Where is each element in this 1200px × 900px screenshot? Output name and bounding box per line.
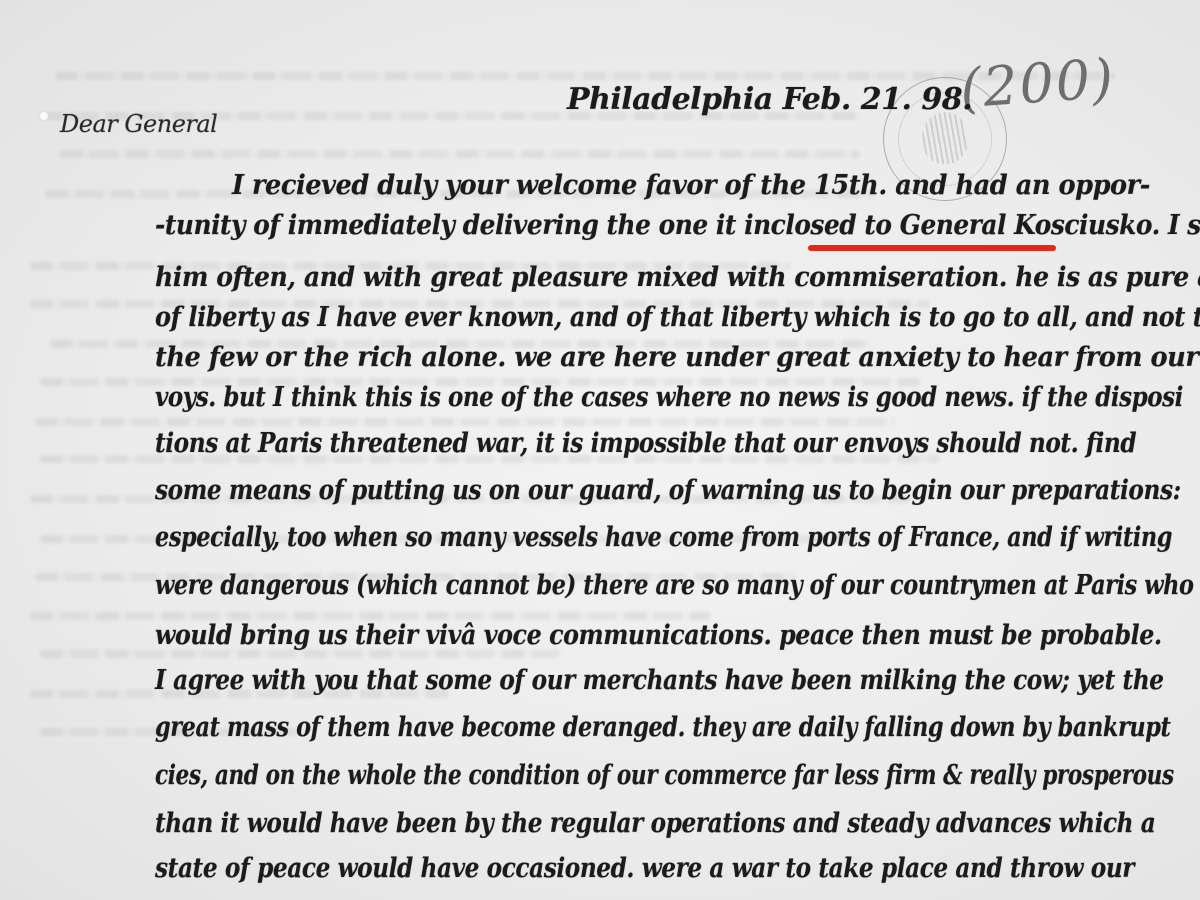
- letter-line: of liberty as I have ever known, and of …: [155, 302, 1200, 333]
- letter-line: some means of putting us on our guard, o…: [155, 475, 1181, 506]
- eagle-icon: [922, 112, 968, 164]
- letter-line: voys. but I think this is one of the cas…: [155, 382, 1183, 413]
- letter-line: I agree with you that some of our mercha…: [155, 665, 1164, 696]
- letter-line: I recieved duly your welcome favor of th…: [232, 170, 1150, 201]
- letter-line: him often, and with great pleasure mixed…: [155, 262, 1200, 293]
- letter-line: state of peace would have occasioned. we…: [155, 853, 1134, 884]
- letter-line: were dangerous (which cannot be) there a…: [155, 570, 1194, 601]
- letter-line: great mass of them have become deranged.…: [155, 712, 1170, 743]
- letter-line: the few or the rich alone. we are here u…: [155, 342, 1200, 373]
- folio-number: (200): [958, 47, 1117, 121]
- salutation: Dear General: [60, 110, 217, 138]
- letter-line: tions at Paris threatened war, it is imp…: [155, 428, 1136, 459]
- dateline: Philadelphia Feb. 21. 98.: [567, 82, 972, 117]
- scan-artifact: [40, 112, 48, 120]
- letter-line: would bring us their vivâ voce communica…: [155, 620, 1162, 651]
- manuscript-page: (200) Dear General Philadelphia Feb. 21.…: [0, 0, 1200, 900]
- letter-line: than it would have been by the regular o…: [155, 808, 1155, 839]
- letter-line: -tunity of immediately delivering the on…: [155, 210, 1200, 241]
- letter-line: especially, too when so many vessels hav…: [155, 522, 1172, 553]
- letter-line: cies, and on the whole the condition of …: [155, 760, 1174, 791]
- red-underline-highlight: [808, 245, 1056, 251]
